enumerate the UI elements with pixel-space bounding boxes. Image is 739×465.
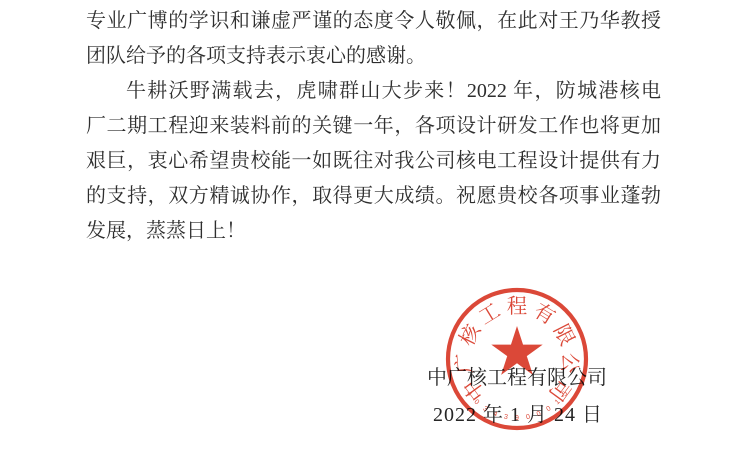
- signature-company-name: 中广核工程有限公司: [427, 361, 607, 390]
- svg-text:工: 工: [475, 300, 504, 329]
- svg-text:限: 限: [549, 321, 579, 350]
- letter-line: 团队给予的各项支持表示衷心的感谢。: [86, 39, 661, 74]
- letter-line: 艰巨，衷心希望贵校能一如既往对我公司核电工程设计提供有力: [86, 144, 661, 179]
- letter-line: 专业广博的学识和谦虚严谨的态度令人敬佩，在此对王乃华教授: [86, 4, 661, 39]
- svg-text:有: 有: [530, 299, 559, 329]
- svg-text:核: 核: [455, 320, 485, 349]
- letter-line: 的支持，双方精诚协作，取得更大成绩。祝愿贵校各项事业蓬勃: [86, 179, 661, 214]
- letter-line: 发展，蒸蒸日上！: [86, 214, 661, 249]
- svg-text:4: 4: [465, 390, 473, 397]
- svg-text:程: 程: [507, 295, 528, 318]
- letter-body: 专业广博的学识和谦虚严谨的态度令人敬佩，在此对王乃华教授 团队给予的各项支持表示…: [86, 4, 661, 249]
- letter-line: 厂二期工程迎来装料前的关键一年，各项设计研发工作也将更加: [86, 109, 661, 144]
- letter-line: 牛耕沃野满载去，虎啸群山大步来！2022 年，防城港核电: [86, 74, 661, 109]
- letter-page: { "page": { "background_color": "#ffffff…: [0, 0, 739, 465]
- svg-text:5: 5: [561, 390, 569, 397]
- signature-date: 2022 年 1 月 24 日: [433, 398, 603, 427]
